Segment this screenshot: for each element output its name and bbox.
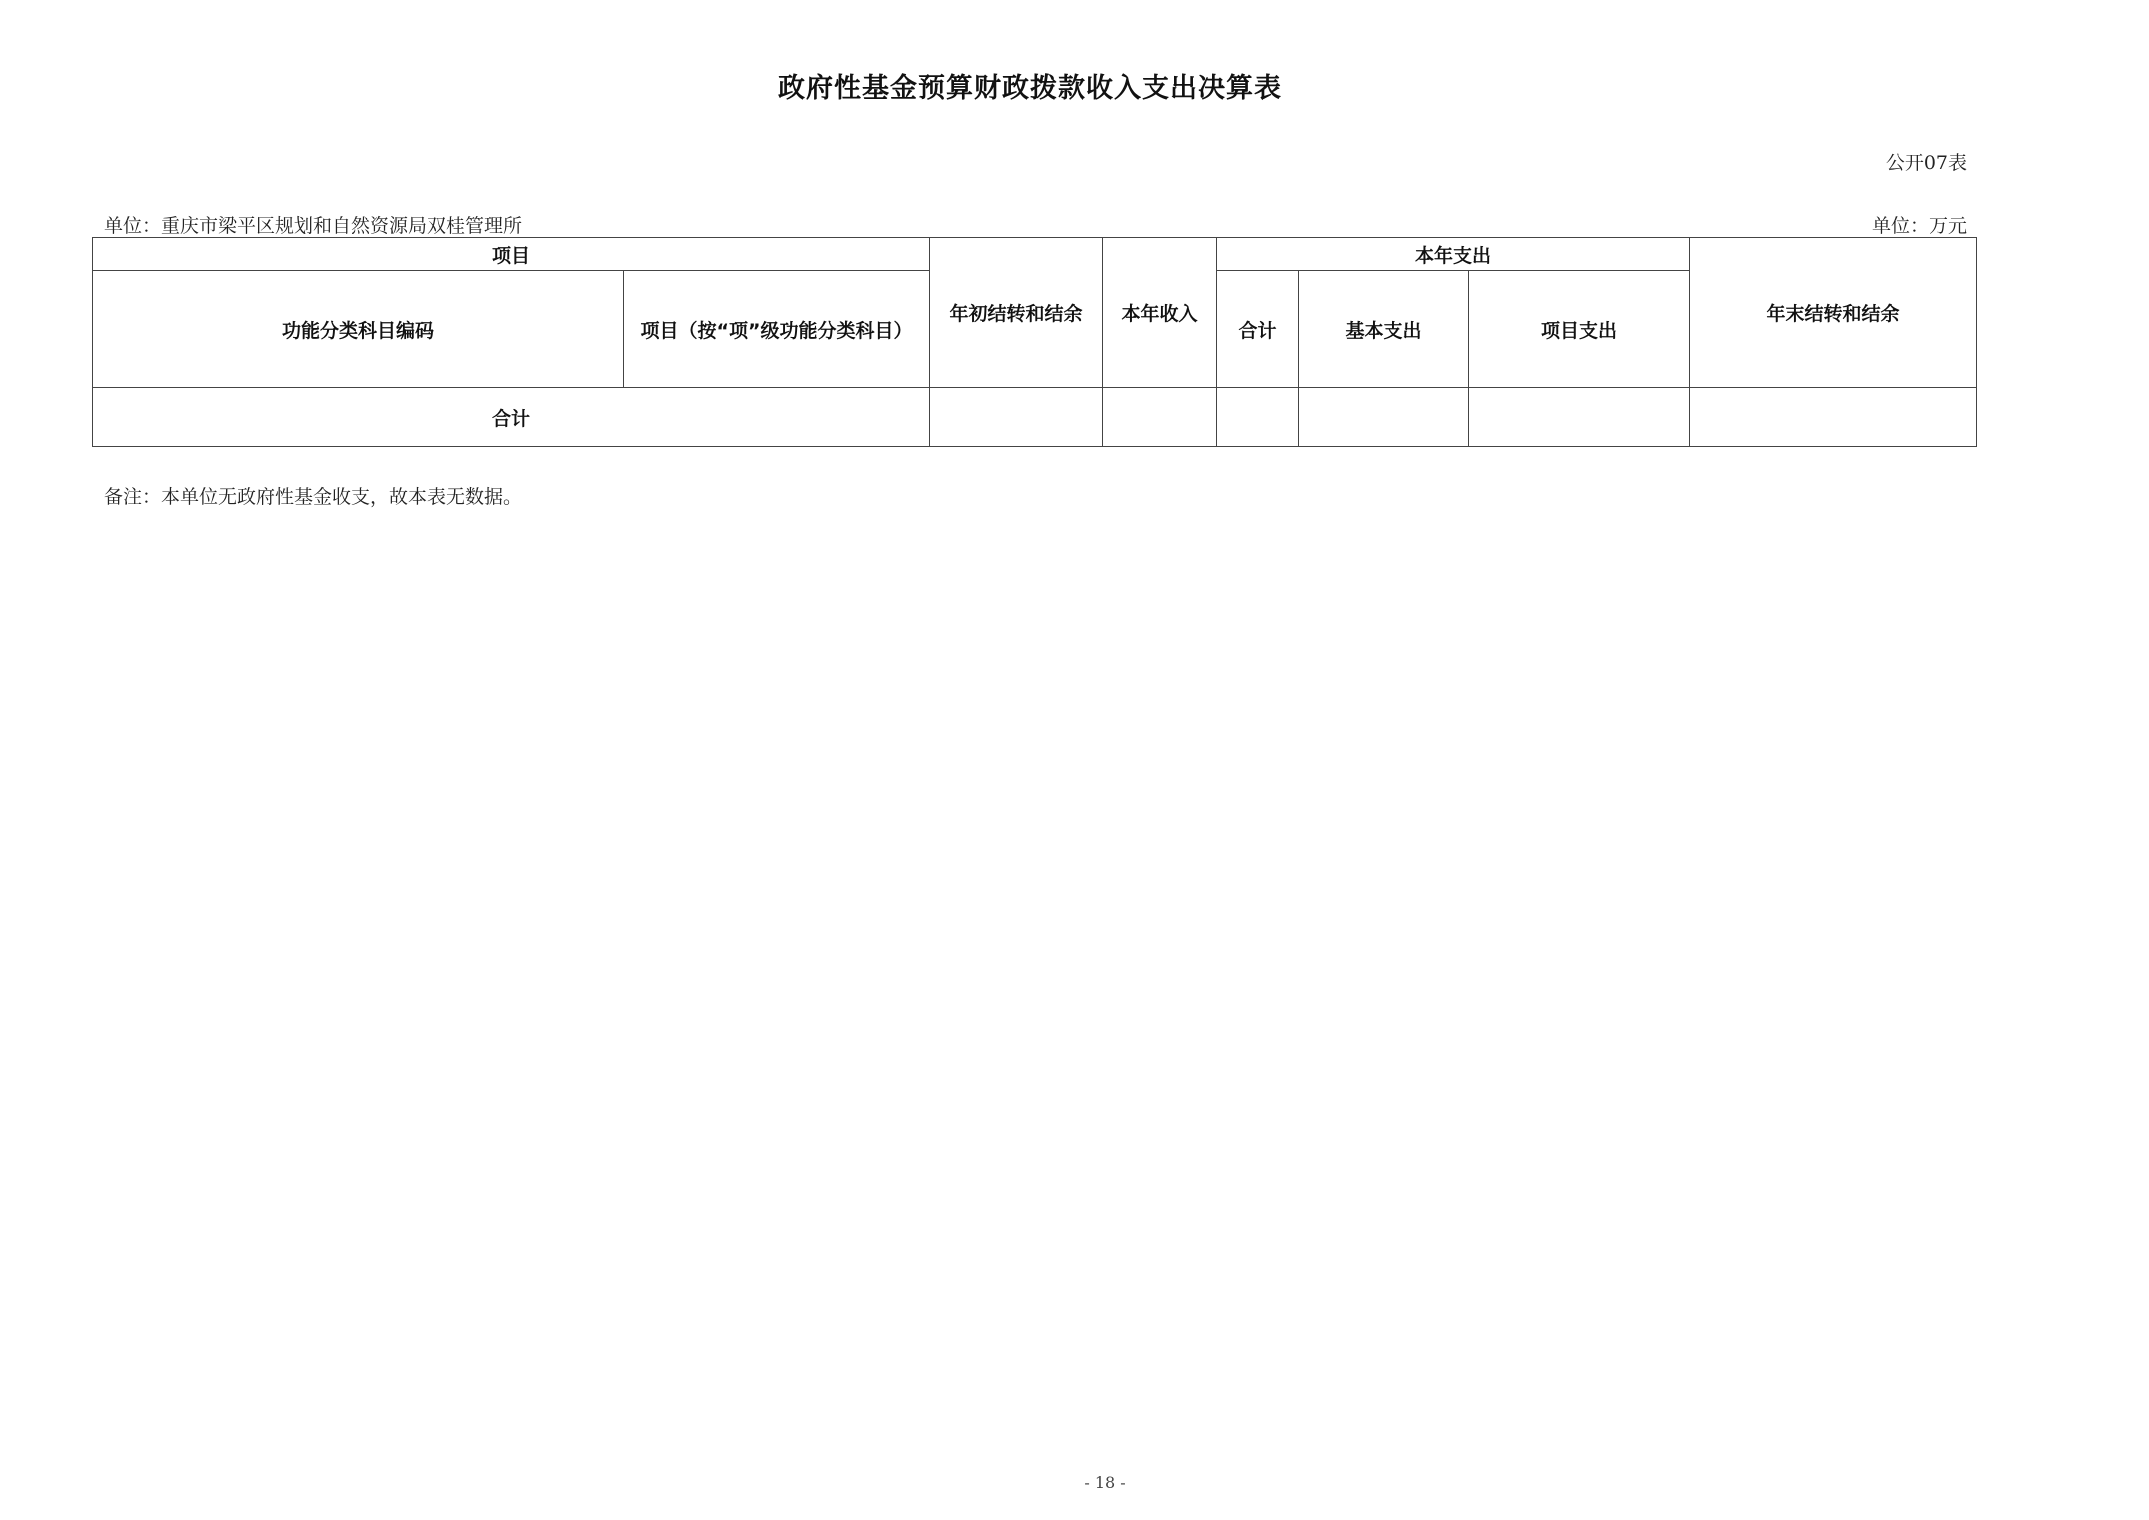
header-ending-balance: 年末结转和结余 <box>1690 238 1977 388</box>
total-beginning-balance <box>930 388 1103 447</box>
total-label: 合计 <box>93 388 930 447</box>
header-expenditure-total: 合计 <box>1217 271 1299 388</box>
currency-unit: 单位：万元 <box>1872 211 1967 238</box>
fund-budget-table: 项目 年初结转和结余 本年收入 本年支出 年末结转和结余 功能分类科目编码 项目… <box>92 237 1977 447</box>
header-project-expenditure: 项目支出 <box>1469 271 1690 388</box>
header-function-code: 功能分类科目编码 <box>93 271 624 388</box>
remarks-note: 备注：本单位无政府性基金收支，故本表无数据。 <box>104 482 522 509</box>
total-project-expenditure <box>1469 388 1690 447</box>
table-row-total: 合计 <box>93 388 1977 447</box>
header-project-name: 项目（按“项”级功能分类科目） <box>624 271 930 388</box>
header-current-expenditure: 本年支出 <box>1217 238 1690 271</box>
header-project-group: 项目 <box>93 238 930 271</box>
total-ending-balance <box>1690 388 1977 447</box>
header-row-1: 项目 年初结转和结余 本年收入 本年支出 年末结转和结余 <box>93 238 1977 271</box>
organization-unit: 单位：重庆市梁平区规划和自然资源局双桂管理所 <box>104 211 522 238</box>
total-basic-expenditure <box>1299 388 1469 447</box>
header-current-income: 本年收入 <box>1103 238 1217 388</box>
header-basic-expenditure: 基本支出 <box>1299 271 1469 388</box>
form-number: 公开07表 <box>1886 148 1967 175</box>
header-beginning-balance: 年初结转和结余 <box>930 238 1103 388</box>
page-number: - 18 - <box>0 1473 2149 1492</box>
total-current-income <box>1103 388 1217 447</box>
document-title: 政府性基金预算财政拨款收入支出决算表 <box>0 66 2060 105</box>
total-expenditure-total <box>1217 388 1299 447</box>
